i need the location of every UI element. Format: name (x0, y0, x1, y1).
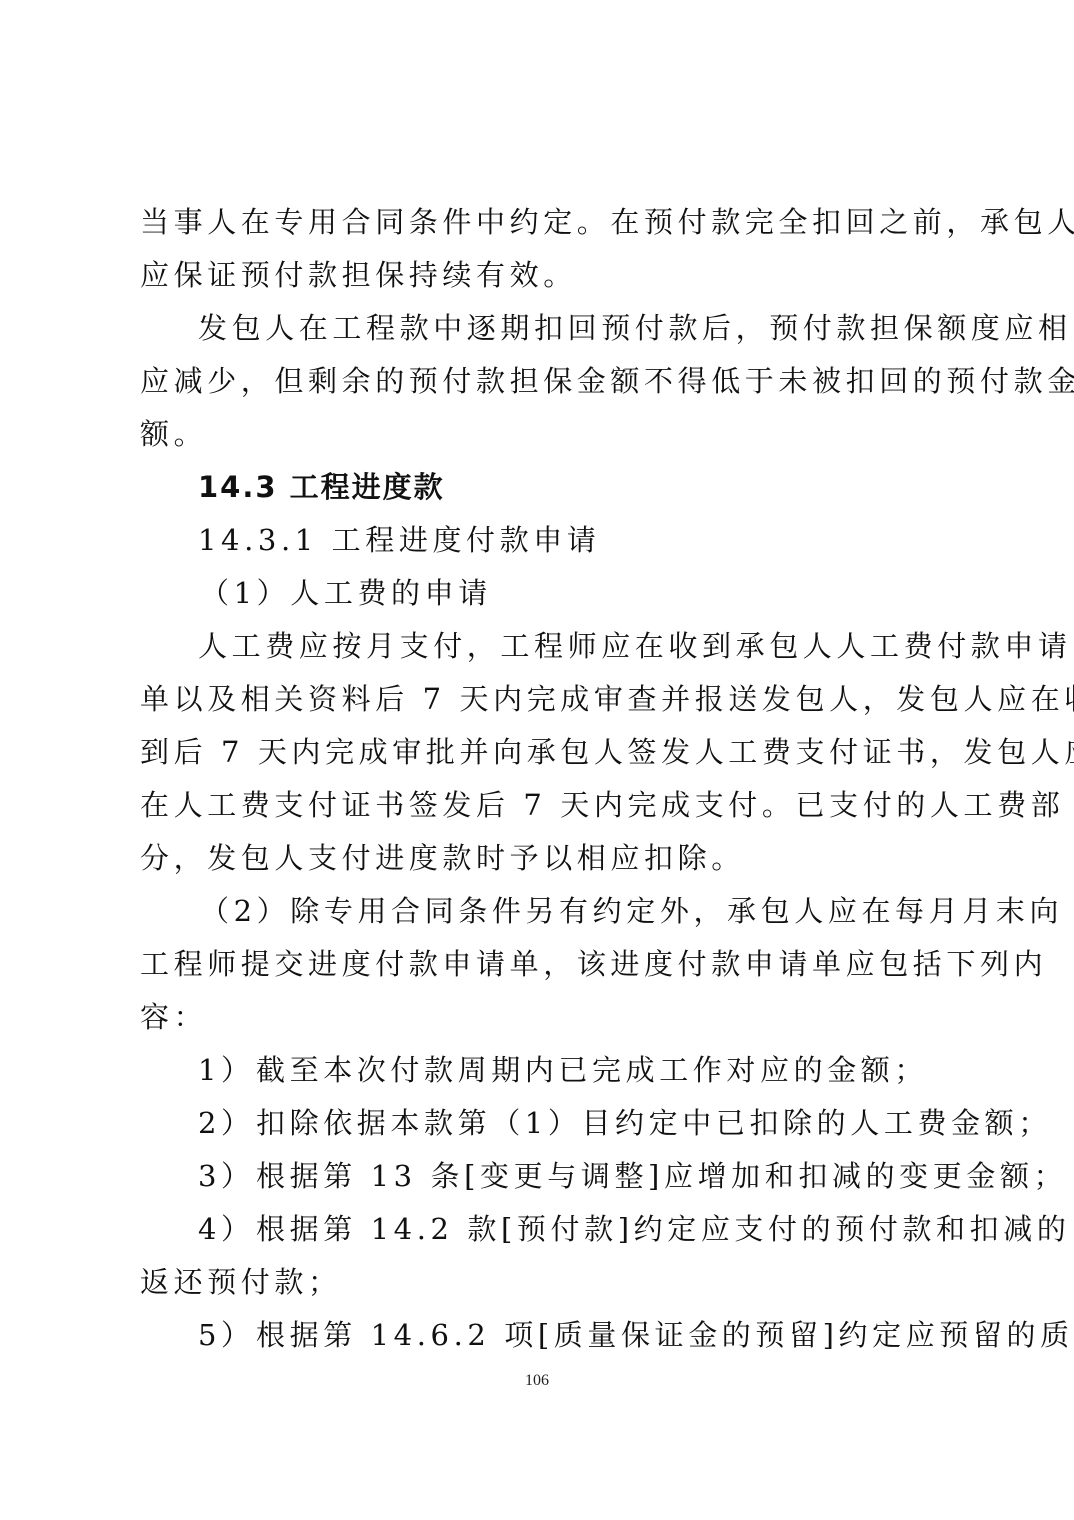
list-text: 根据第 14.2 款[预付款]约定应支付的预付款和扣减的 (256, 1212, 1070, 1246)
paragraph-line: 单以及相关资料后 7 天内完成审查并报送发包人，发包人应在收 (140, 673, 940, 726)
paragraph-line: 额。 (140, 408, 940, 461)
list-number: 4） (198, 1203, 256, 1256)
paragraph-line: 容： (140, 991, 940, 1044)
list-item: 5）根据第 14.6.2 项[质量保证金的预留]约定应预留的质 (140, 1309, 940, 1362)
paragraph-line: 工程师提交进度付款申请单，该进度付款申请单应包括下列内 (140, 938, 940, 991)
document-page: 当事人在专用合同条件中约定。在预付款完全扣回之前，承包人 应保证预付款担保持续有… (140, 196, 940, 1362)
list-item: 3）根据第 13 条[变更与调整]应增加和扣减的变更金额； (140, 1150, 940, 1203)
list-text: 扣除依据本款第（1）目约定中已扣除的人工费金额； (256, 1106, 1052, 1140)
page-number: 106 (0, 1372, 1074, 1390)
list-number: 3） (198, 1150, 256, 1203)
paragraph-line: （2）除专用合同条件另有约定外，承包人应在每月月末向 (140, 885, 940, 938)
paragraph-line: 发包人在工程款中逐期扣回预付款后，预付款担保额度应相 (140, 302, 940, 355)
list-item: 4）根据第 14.2 款[预付款]约定应支付的预付款和扣减的 (140, 1203, 940, 1256)
paragraph-line: 在人工费支付证书签发后 7 天内完成支付。已支付的人工费部 (140, 779, 940, 832)
item-heading: （1）人工费的申请 (140, 567, 940, 620)
list-number: 2） (198, 1097, 256, 1150)
paragraph-line: 应减少，但剩余的预付款担保金额不得低于未被扣回的预付款金 (140, 355, 940, 408)
list-number: 1） (198, 1044, 256, 1097)
list-item: 1）截至本次付款周期内已完成工作对应的金额； (140, 1044, 940, 1097)
paragraph-line: 到后 7 天内完成审批并向承包人签发人工费支付证书，发包人应 (140, 726, 940, 779)
paragraph-line: 分，发包人支付进度款时予以相应扣除。 (140, 832, 940, 885)
section-heading: 14.3 工程进度款 (140, 461, 940, 514)
list-text: 根据第 14.6.2 项[质量保证金的预留]约定应预留的质 (256, 1318, 1074, 1352)
list-number: 5） (198, 1309, 256, 1362)
paragraph-line: 应保证预付款担保持续有效。 (140, 249, 940, 302)
paragraph-line: 当事人在专用合同条件中约定。在预付款完全扣回之前，承包人 (140, 196, 940, 249)
subsection-heading: 14.3.1 工程进度付款申请 (140, 514, 940, 567)
list-item: 2）扣除依据本款第（1）目约定中已扣除的人工费金额； (140, 1097, 940, 1150)
list-continuation: 返还预付款； (140, 1256, 940, 1309)
list-text: 截至本次付款周期内已完成工作对应的金额； (256, 1053, 928, 1087)
paragraph-line: 人工费应按月支付，工程师应在收到承包人人工费付款申请 (140, 620, 940, 673)
list-text: 根据第 13 条[变更与调整]应增加和扣减的变更金额； (256, 1159, 1067, 1193)
